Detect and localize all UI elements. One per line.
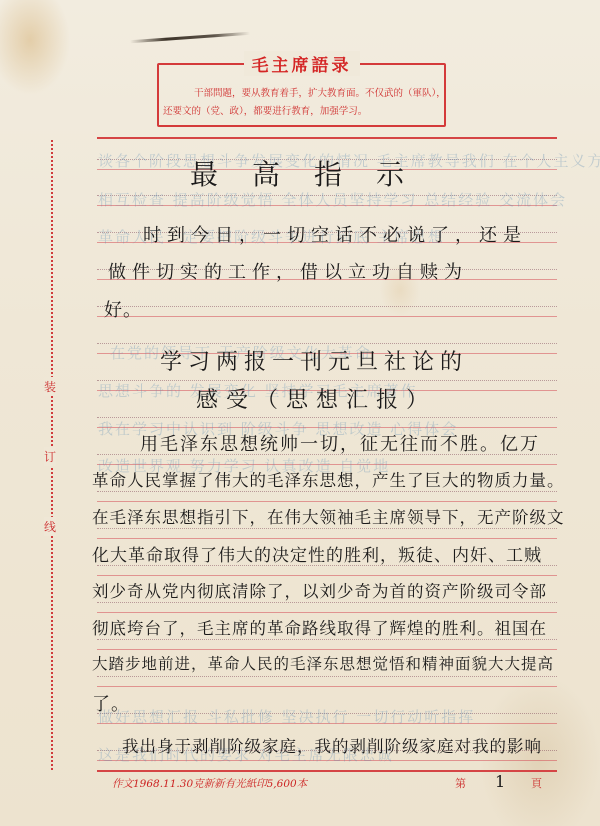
quotation-box: 毛主席語录 干部問題，要从教育着手，扩大教育面。不仅武的（軍队）， 还要文的（党… (157, 63, 446, 127)
ruled-line (97, 306, 557, 308)
binding-label: 订 (44, 447, 56, 466)
ruled-line (97, 501, 557, 502)
quotation-line: 干部問題，要从教育着手，扩大教育面。不仅武的（軍队）， (194, 85, 446, 99)
bottom-rule-divider (97, 770, 557, 772)
ruled-line (97, 676, 557, 678)
page-suffix: 頁 (531, 775, 542, 791)
ruled-line (97, 612, 557, 613)
ruled-line (97, 316, 557, 317)
binding-label: 线 (44, 517, 56, 536)
paragraph-line: 革命人民掌握了伟大的毛泽东思想，产生了巨大的物质力量。 (92, 467, 565, 491)
paragraph-line: 刘少奇从党内彻底清除了，以刘少奇为首的资产阶级司令部 (92, 578, 547, 602)
print-info: 作文1968.11.30克新新有光紙印5,600本 (112, 776, 307, 791)
ruled-line (97, 639, 557, 641)
page-number: 1 (495, 772, 505, 791)
quote-body-line: 时到今日，一切空话不必说了，还是 (143, 221, 527, 247)
quotation-title: 毛主席語录 (244, 51, 360, 76)
quote-body-line: 做件切实的工作，借以立功自赎为 (108, 258, 468, 284)
ruled-line (97, 538, 557, 539)
paragraph-line: 用毛泽东思想统帅一切，征无往而不胜。亿万 (140, 430, 540, 456)
essay-title-line: 学习两报一刊元旦社论的 (160, 345, 468, 376)
ruled-line (97, 649, 557, 650)
ruled-line (97, 602, 557, 604)
quote-body-line: 好。 (104, 296, 142, 322)
paragraph-line: 化大革命取得了伟大的决定性的胜利，叛徒、内奸、工贼 (92, 541, 542, 566)
paragraph-line: 大踏步地前进，革命人民的毛泽东思想觉悟和精神面貌大大提高 (92, 652, 554, 674)
paragraph-line: 我出身于剥削阶级家庭，我的剥削阶级家庭对我的影响 (122, 733, 542, 757)
bleed-through-text: 做好思想汇报 斗私批修 坚决执行 一切行动听指挥 (98, 706, 475, 727)
essay-title-line: 感受（思想汇报） (196, 383, 436, 414)
supreme-instruction-heading: 最高指示 (190, 153, 438, 193)
paragraph-line: 了。 (92, 690, 130, 716)
page-prefix: 第 (455, 775, 466, 791)
ruled-line (97, 575, 557, 576)
paragraph-line: 在毛泽东思想指引下，在伟大领袖毛主席领导下，无产阶级文 (92, 504, 565, 528)
ruled-line (97, 686, 557, 687)
page-number-field: 第 1 頁 (455, 775, 547, 791)
ruled-line (97, 491, 557, 493)
ruled-line (97, 528, 557, 530)
paragraph-line: 彻底垮台了，毛主席的革命路线取得了辉煌的胜利。祖国在 (92, 615, 547, 639)
quotation-line: 还要文的（党、政），都要进行教育，加强学习。 (163, 103, 367, 117)
binding-label: 装 (44, 377, 56, 396)
